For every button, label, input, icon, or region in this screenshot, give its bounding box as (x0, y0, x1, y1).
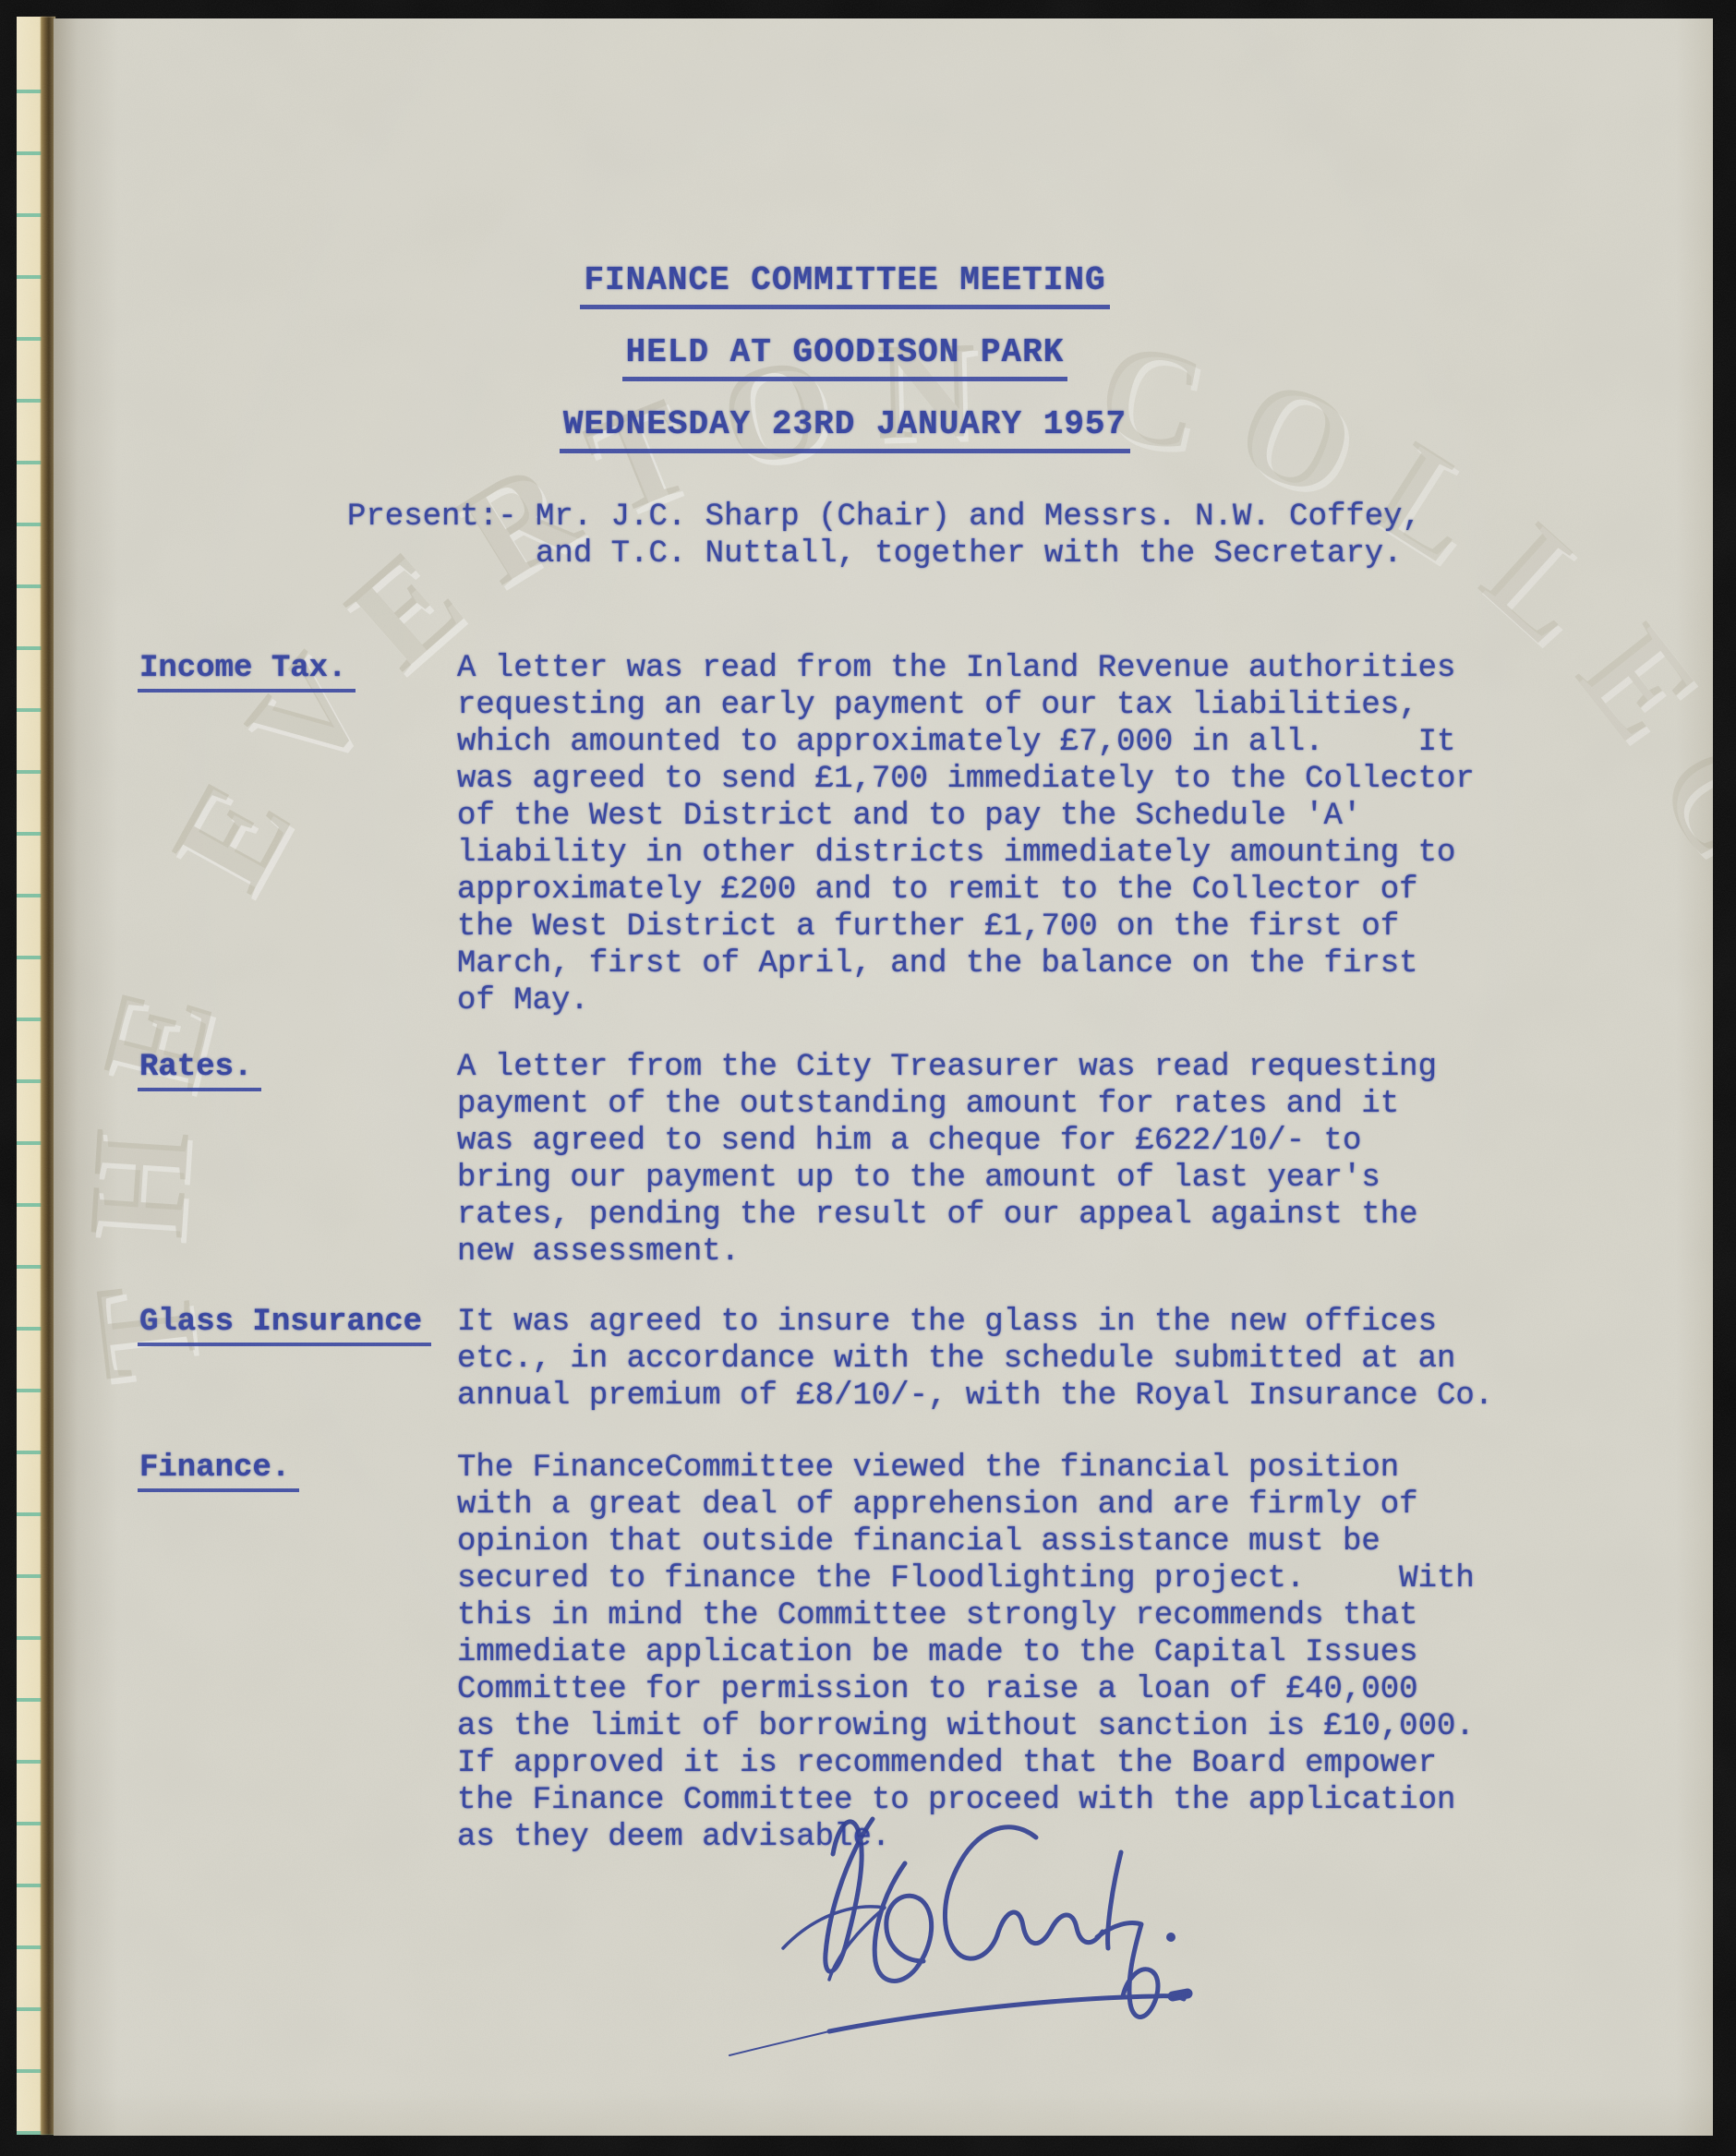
section-heading-finance: Finance. (138, 1450, 299, 1492)
document-header: FINANCE COMMITTEE MEETING HELD AT GOODIS… (282, 261, 1408, 453)
section-heading-income-tax: Income Tax. (138, 650, 356, 693)
scanned-minutes-page: THE EVERTON THE EVERTON COLLECTION COLLE… (0, 0, 1736, 2156)
section-heading-rates: Rates. (138, 1049, 261, 1091)
section-body-finance: The FinanceCommittee viewed the financia… (457, 1450, 1475, 1856)
section-body-income-tax: A letter was read from the Inland Revenu… (457, 650, 1475, 1019)
page-title: FINANCE COMMITTEE MEETING (580, 261, 1109, 309)
attendees-line: Present:- Mr. J.C. Sharp (Chair) and Mes… (347, 499, 1421, 572)
page-subtitle-date: WEDNESDAY 23RD JANUARY 1957 (560, 405, 1130, 453)
typed-content: FINANCE COMMITTEE MEETING HELD AT GOODIS… (0, 0, 1736, 2156)
section-body-rates: A letter from the City Treasurer was rea… (457, 1049, 1437, 1271)
page-subtitle-location: HELD AT GOODISON PARK (622, 333, 1068, 381)
section-heading-glass-insurance: Glass Insurance (138, 1304, 431, 1346)
section-body-glass-insurance: It was agreed to insure the glass in the… (457, 1304, 1493, 1415)
